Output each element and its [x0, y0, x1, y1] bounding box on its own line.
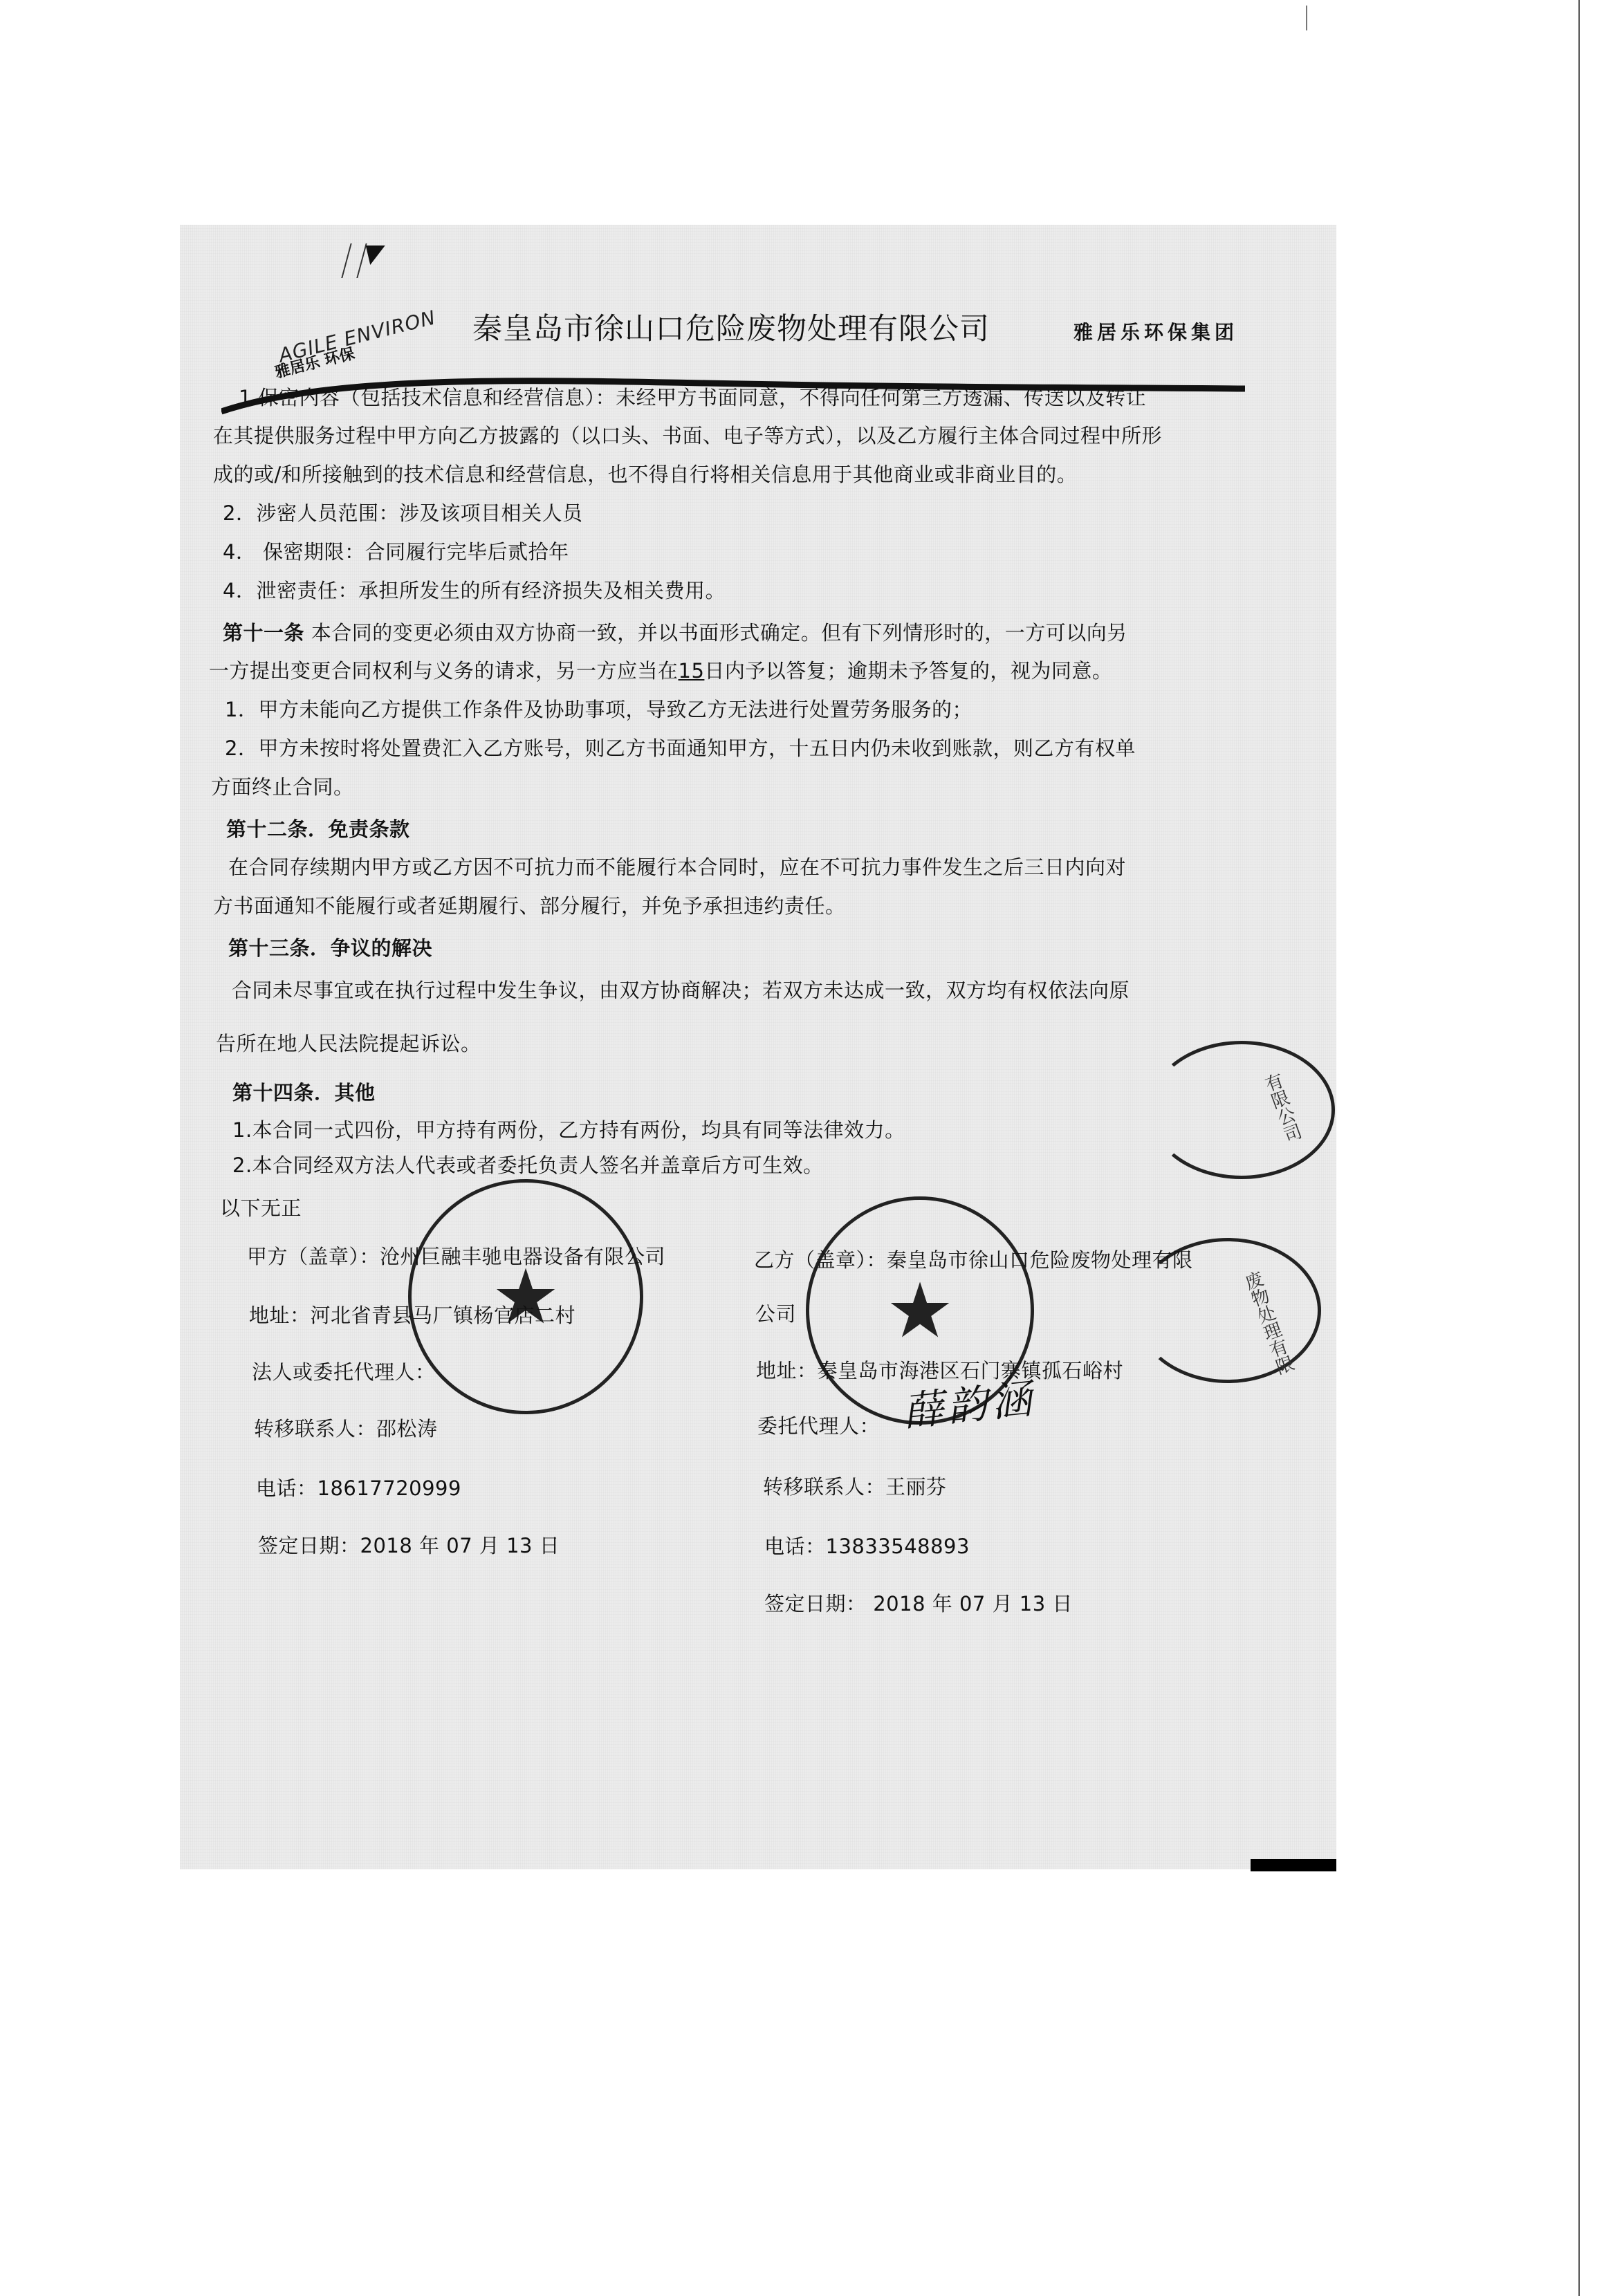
party-a-sign-date: 签定日期：2018 年 07 月 13 日: [258, 1530, 560, 1559]
party-a-address: 地址：河北省青县马厂镇杨官店二村: [249, 1300, 575, 1328]
edge-seal-upper-text: 有限公司: [1257, 1070, 1306, 1146]
article-11-line-1: 第十一条 本合同的变更必须由双方协商一致，并以书面形式确定。但有下列情形时的，一…: [223, 618, 1127, 646]
party-a-agent: 法人或委托代理人：: [252, 1357, 436, 1385]
article-13-line-2: 告所在地人民法院提起诉讼。: [216, 1028, 481, 1057]
party-b-contact: 转移联系人：王丽芬: [763, 1472, 947, 1500]
party-b-seal-label: 乙方（盖章）：秦皇岛市徐山口危险废物处理有限: [754, 1245, 1193, 1273]
article-11-line-2: 一方提出变更合同权利与义务的请求，另一方应当在15日内予以答复；逾期未予答复的，…: [209, 656, 1112, 684]
article-13-heading: 第十三条．争议的解决: [228, 933, 432, 961]
edge-seal-upper: 有限公司: [1148, 1041, 1335, 1179]
article-11-heading: 第十一条: [223, 621, 304, 645]
scan-artifact-tick: [1306, 6, 1307, 30]
party-a-phone: 电话：18617720999: [256, 1473, 461, 1501]
article-12-heading: 第十二条．免责条款: [226, 814, 410, 842]
article-12-line-1: 在合同存续期内甲方或乙方因不可抗力而不能履行本合同时，应在不可抗力事件发生之后三…: [228, 852, 1126, 880]
edge-seal-lower-text: 废物处理有限: [1237, 1268, 1298, 1378]
article-11-text: 本合同的变更必须由双方协商一致，并以书面形式确定。但有下列情形时的，一方可以向另: [304, 621, 1127, 645]
clause-confidential-period: 4． 保密期限：合同履行完毕后贰拾年: [223, 537, 569, 565]
page-edge-line: [1578, 0, 1580, 2296]
article-14-heading: 第十四条．其他: [232, 1077, 376, 1106]
scan-corner-mark: [1251, 1859, 1336, 1871]
clause-confidential-content-1: 1.保密内容（包括技术信息和经营信息）：未经甲方书面同意，不得向任何第三方透漏、…: [239, 382, 1146, 411]
party-a-company-seal: ★: [408, 1179, 643, 1414]
letterhead-title: 秦皇岛市徐山口危险废物处理有限公司: [472, 306, 990, 348]
article-14-item-1: 1.本合同一式四份，甲方持有两份，乙方持有两份，均具有同等法律效力。: [232, 1115, 905, 1143]
clause-confidential-content-2: 在其提供服务过程中甲方向乙方披露的（以口头、书面、电子等方式），以及乙方履行主体…: [213, 420, 1162, 449]
reply-days-value: 15: [679, 659, 705, 683]
clause-leak-liability: 4．泄密责任：承担所发生的所有经济损失及相关费用。: [223, 575, 726, 604]
article-11-item-2a: 2．甲方未按时将处置费汇入乙方账号，则乙方书面通知甲方，十五日内仍未收到账款，则…: [225, 733, 1136, 761]
article-14-item-2: 2.本合同经双方法人代表或者委托负责人签名并盖章后方可生效。: [232, 1150, 824, 1178]
party-b-phone: 电话：13833548893: [764, 1531, 970, 1559]
seal-star-icon: ★: [886, 1272, 955, 1349]
party-a-contact: 转移联系人：邵松涛: [254, 1414, 438, 1442]
article-11-item-1: 1．甲方未能向乙方提供工作条件及协助事项，导致乙方无法进行处置劳务服务的；: [225, 694, 973, 723]
article-13-line-1: 合同未尽事宜或在执行过程中发生争议，由双方协商解决；若双方未达成一致，双方均有权…: [232, 975, 1130, 1003]
article-11-text-post: 日内予以答复；逾期未予答复的，视为同意。: [704, 659, 1112, 683]
clause-personnel-scope: 2．涉密人员范围：涉及该项目相关人员: [223, 498, 582, 526]
party-b-seal-label-cont: 公司: [755, 1299, 796, 1327]
clause-confidential-content-3: 成的或/和所接触到的技术信息和经营信息，也不得自行将相关信息用于其他商业或非商业…: [213, 459, 1077, 488]
party-b-agent: 委托代理人：: [757, 1411, 880, 1439]
article-11-text-pre: 一方提出变更合同权利与义务的请求，另一方应当在: [209, 659, 679, 683]
group-name: 雅居乐环保集团: [1073, 317, 1238, 345]
logo-triangle-icon: [360, 246, 385, 265]
end-note: 以下无正: [220, 1193, 302, 1221]
party-a-seal-label: 甲方（盖章）：沧州巨融丰驰电器设备有限公司: [247, 1241, 665, 1270]
article-11-item-2b: 方面终止合同。: [211, 772, 354, 800]
party-b-sign-date: 签定日期： 2018 年 07 月 13 日: [764, 1589, 1073, 1617]
article-12-line-2: 方书面通知不能履行或者延期履行、部分履行，并免予承担违约责任。: [213, 891, 846, 919]
